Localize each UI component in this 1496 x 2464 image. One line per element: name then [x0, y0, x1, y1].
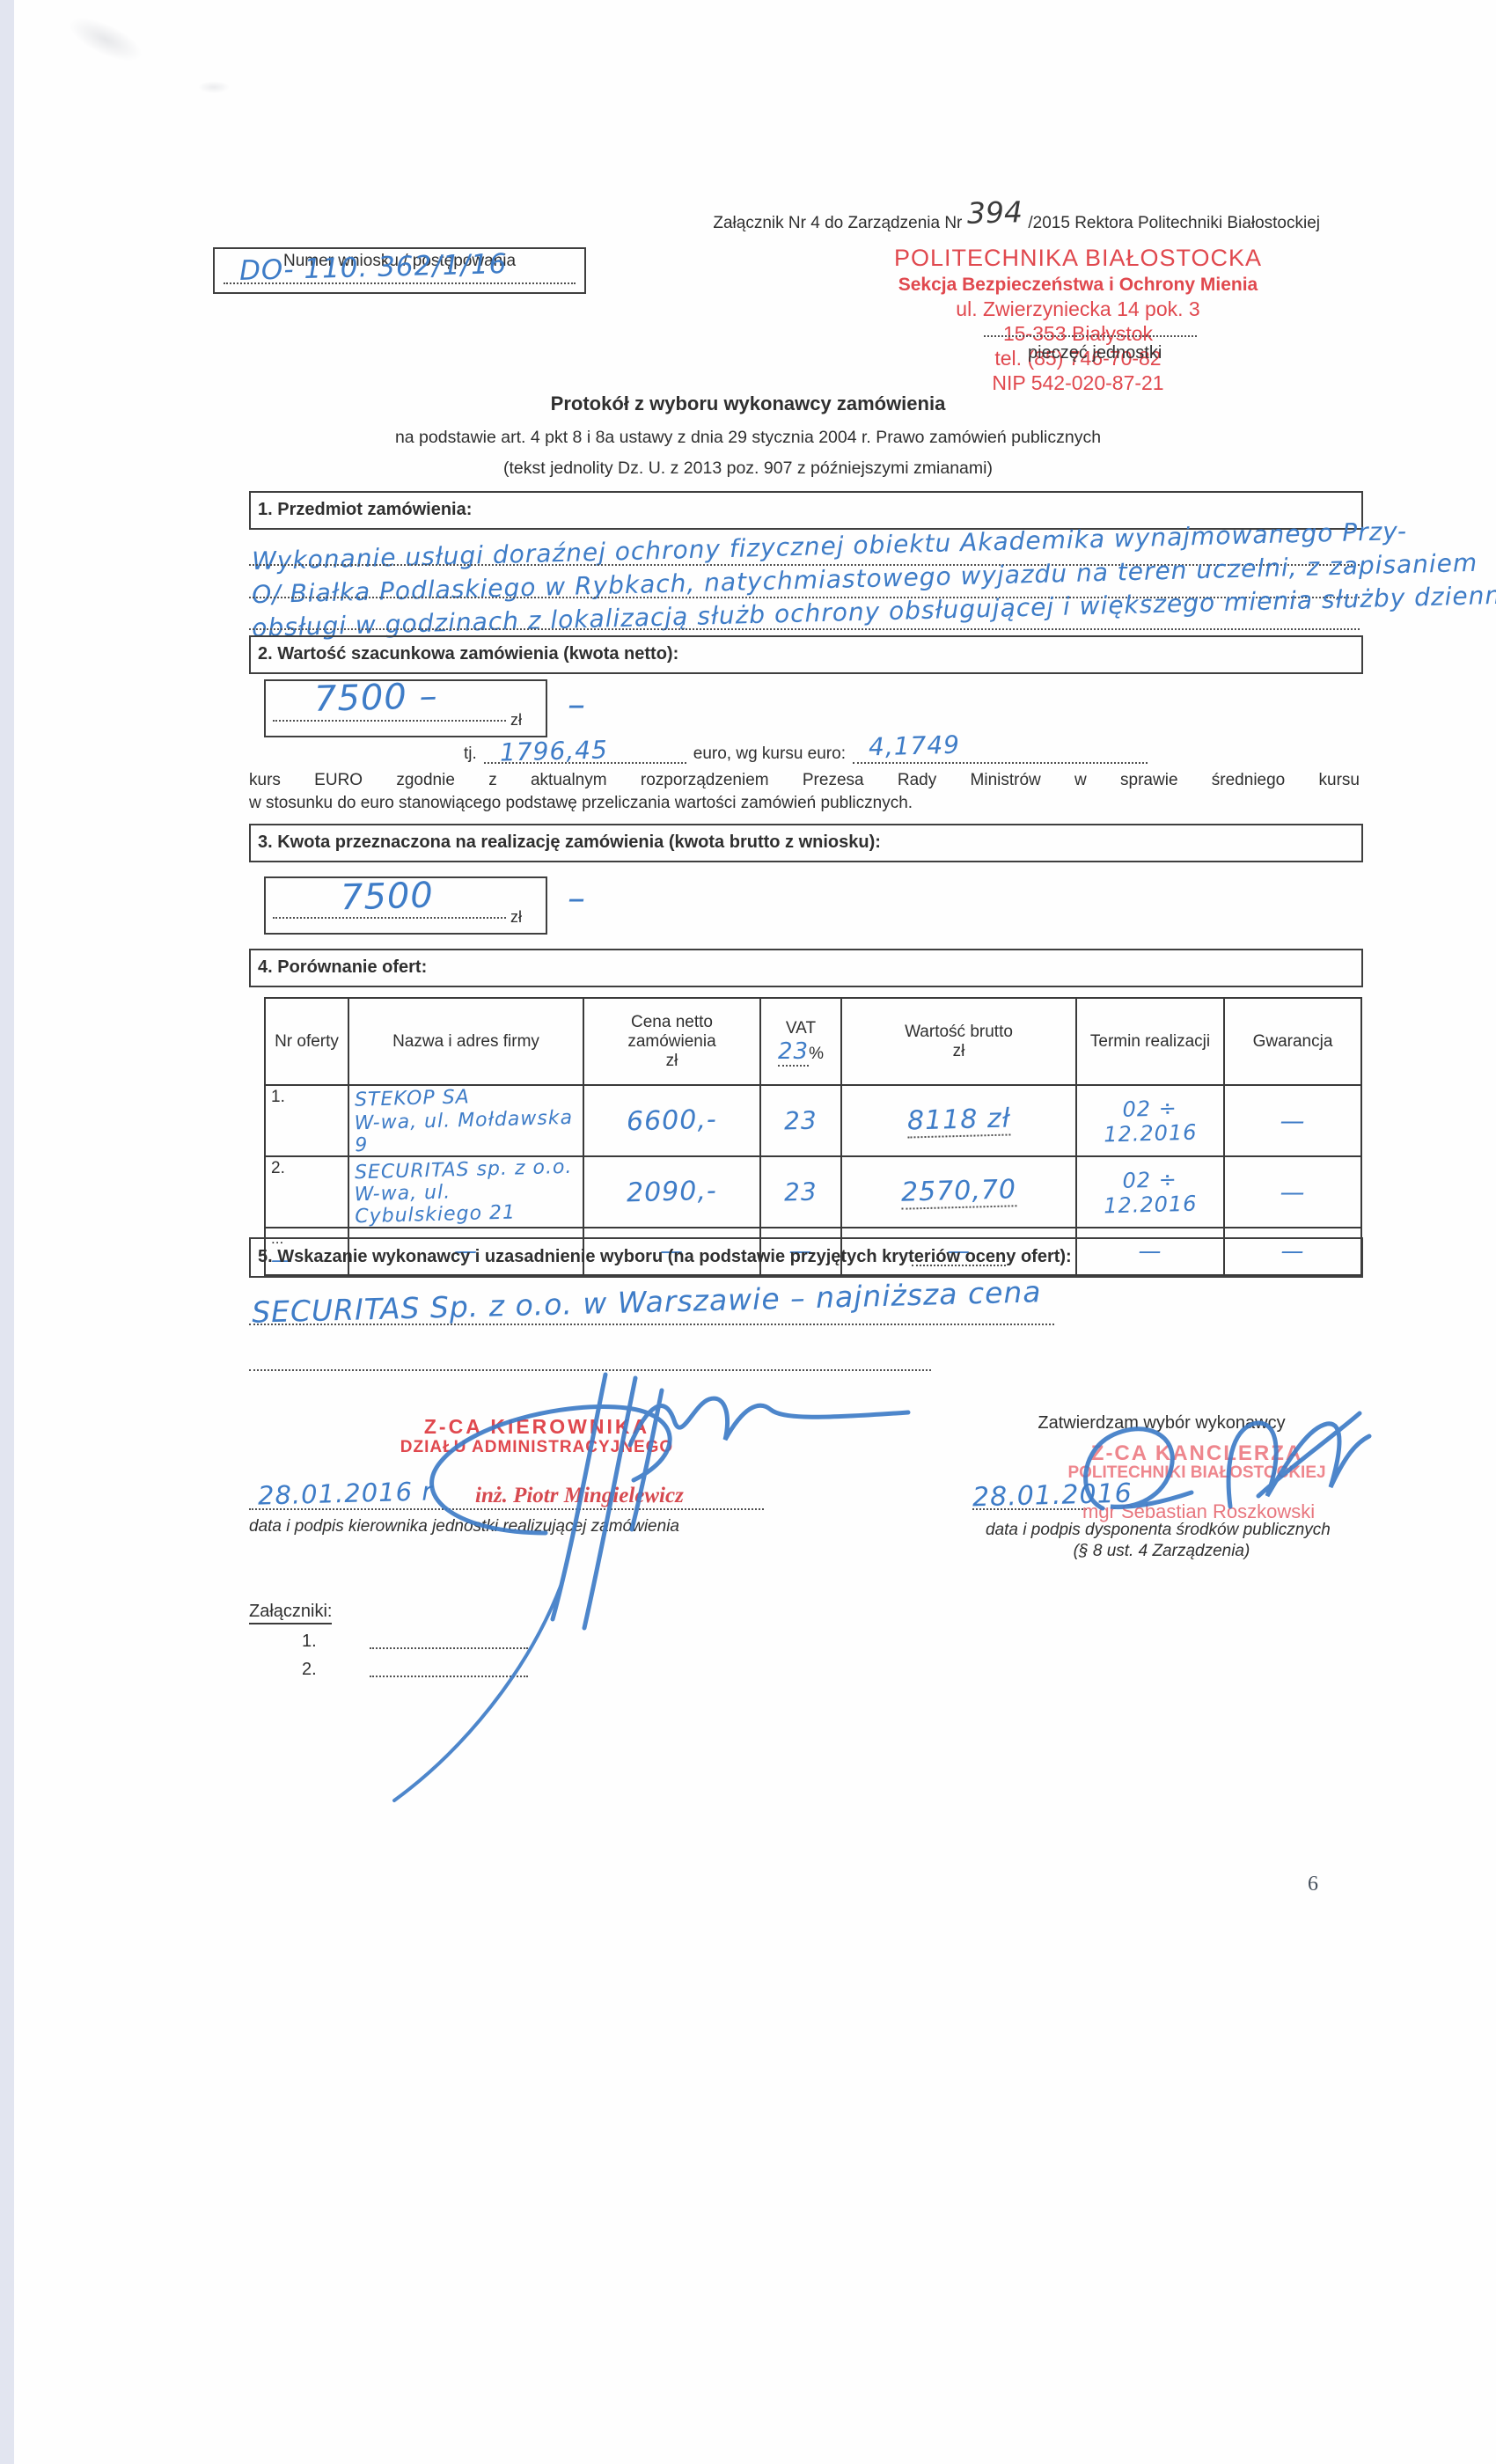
left-stamp-line2: DZIAŁU ADMINISTRACYJNEGO: [396, 1438, 678, 1457]
section1-dotted-line3: [249, 628, 1360, 630]
section2-heading-box: 2. Wartość szacunkowa zamówienia (kwota …: [249, 635, 1363, 674]
header-vat-handwritten: 23: [778, 1038, 809, 1067]
section2-currency-label: zł: [510, 711, 522, 730]
pencil-smudge: [198, 81, 230, 93]
right-signature-dotted-line: [972, 1508, 1087, 1510]
attachment-item-1-dotted: [370, 1647, 528, 1649]
page-number: 6: [1308, 1873, 1318, 1896]
left-name-stamp: inż. Piotr Mingielewicz: [475, 1484, 684, 1508]
attachment-item-1: 1.: [302, 1632, 317, 1652]
section1-heading: 1. Przedmiot zamówienia:: [258, 500, 1361, 520]
scan-edge-strip: [0, 0, 14, 2464]
section4-heading: 4. Porównanie ofert:: [258, 957, 1361, 978]
row2-vat: 23: [760, 1156, 841, 1228]
euro-note-line1: kurs EURO zgodnie z aktualnym rozporządz…: [249, 771, 1360, 790]
section2-amount-handwritten: 7500 –: [313, 676, 438, 720]
offers-table: Nr oferty Nazwa i adres firmy Cena netto…: [264, 997, 1362, 1276]
unit-stamp-line1: POLITECHNIKA BIAŁOSTOCKA: [814, 245, 1342, 272]
section3-heading-box: 3. Kwota przeznaczona na realizację zamó…: [249, 824, 1363, 862]
row2-warranty: —: [1224, 1156, 1361, 1228]
attachment-note: Załącznik Nr 4 do Zarządzenia Nr 394 /20…: [695, 201, 1320, 235]
document-title: Protokół z wyboru wykonawcy zamówienia: [0, 392, 1496, 415]
request-number-box: Numer wniosku / postępowania DO- 110. 36…: [213, 247, 586, 294]
row2-term: 02 ÷ 12.2016: [1076, 1156, 1224, 1228]
attachment-number-handwritten: 394: [967, 194, 1023, 231]
euro-value-handwritten: 1796,45: [499, 735, 608, 766]
row1-nr: 1.: [265, 1085, 348, 1156]
section5-handwriting: SECURITAS Sp. z o.o. w Warszawie – najni…: [252, 1274, 1042, 1329]
section3-amount-box: zł 7500: [264, 876, 547, 935]
row1-gross: 8118 zł: [841, 1085, 1076, 1156]
attachment-item-2: 2.: [302, 1660, 317, 1680]
section3-amount-handwritten: 7500: [340, 876, 434, 919]
unit-stamp-line2: Sekcja Bezpieczeństwa i Ochrony Mienia: [814, 275, 1342, 296]
section5-heading: 5. Wskazanie wykonawcy i uzasadnienie wy…: [258, 1247, 1361, 1267]
section2-amount-box: zł 7500 –: [264, 679, 547, 737]
euro-rate-dotted: 4,1749: [853, 746, 1148, 764]
euro-rate-handwritten: 4,1749: [869, 730, 961, 762]
unit-stamp-line6: NIP 542-020-87-21: [814, 371, 1342, 395]
attachments-heading: Załączniki:: [249, 1602, 332, 1624]
unit-stamp-line3: ul. Zwierzyniecka 14 pok. 3: [814, 297, 1342, 321]
unit-stamp: POLITECHNIKA BIAŁOSTOCKA Sekcja Bezpiecz…: [814, 245, 1342, 395]
section3-currency-label: zł: [510, 908, 522, 927]
consolidated-text: (tekst jednolity Dz. U. z 2013 poz. 907 …: [0, 458, 1496, 479]
row1-vat: 23: [760, 1085, 841, 1156]
header-nr: Nr oferty: [265, 998, 348, 1085]
row2-nr: 2.: [265, 1156, 348, 1228]
pencil-smudge: [63, 10, 148, 70]
section3-dash-handwritten: –: [568, 878, 586, 919]
offer-row-2: 2. SECURITAS sp. z o.o. W-wa, ul. Cybuls…: [265, 1156, 1361, 1228]
euro-note-line2: w stosunku do euro stanowiącego podstawę…: [249, 794, 1360, 813]
row1-warranty: —: [1224, 1085, 1361, 1156]
row1-term: 02 ÷ 12.2016: [1076, 1085, 1224, 1156]
header-firm: Nazwa i adres firmy: [348, 998, 583, 1085]
section3-heading: 3. Kwota przeznaczona na realizację zamó…: [258, 832, 1361, 853]
section5-heading-box: 5. Wskazanie wykonawcy i uzasadnienie wy…: [249, 1237, 1363, 1278]
unit-stamp-line4: 15-353 Białystok: [814, 322, 1342, 346]
section5-dotted-line1: [249, 1324, 1054, 1325]
right-stamp-line1: Z-CA KANCLERZA: [1047, 1441, 1346, 1466]
euro-value-dotted: 1796,45: [484, 746, 686, 764]
attachment-note-prefix: Załącznik Nr 4 do Zarządzenia Nr: [713, 214, 962, 233]
stamp-caption-dotted-line: [984, 335, 1197, 337]
section2-dash-handwritten: –: [568, 685, 586, 725]
tj-label: tj.: [464, 744, 477, 764]
offers-header-row: Nr oferty Nazwa i adres firmy Cena netto…: [265, 998, 1361, 1085]
euro-rate-label: euro, wg kursu euro:: [693, 744, 846, 764]
left-signature-caption: data i podpis kierownika jednostki reali…: [249, 1517, 679, 1536]
section2-amount-dotted-line: [273, 720, 506, 722]
section2-heading: 2. Wartość szacunkowa zamówienia (kwota …: [258, 644, 1361, 664]
offer-row-1: 1. STEKOP SA W-wa, ul. Mołdawska 9 6600,…: [265, 1085, 1361, 1156]
header-net: Cena netto zamówieniazł: [583, 998, 760, 1085]
section3-amount-dotted-line: [273, 917, 506, 919]
attachment-item-2-dotted: [370, 1676, 528, 1677]
row2-gross: 2570,70: [841, 1156, 1076, 1228]
row1-net: 6600,-: [583, 1085, 760, 1156]
scanned-document-page: Załącznik Nr 4 do Zarządzenia Nr 394 /20…: [0, 0, 1496, 2464]
right-signature-caption1: data i podpis dysponenta środków publicz…: [986, 1521, 1331, 1540]
legal-basis: na podstawie art. 4 pkt 8 i 8a ustawy z …: [0, 428, 1496, 448]
section4-heading-box: 4. Porównanie ofert:: [249, 949, 1363, 987]
row2-firm: SECURITAS sp. z o.o. W-wa, ul. Cybulskie…: [348, 1156, 583, 1228]
approve-label: Zatwierdzam wybór wykonawcy: [990, 1413, 1333, 1434]
row1-firm: STEKOP SA W-wa, ul. Mołdawska 9: [348, 1085, 583, 1156]
header-gross: Wartość bruttozł: [841, 998, 1076, 1085]
attachment-note-suffix: /2015 Rektora Politechniki Białostockiej: [1028, 214, 1320, 233]
euro-conversion-line: tj. 1796,45 euro, wg kursu euro: 4,1749: [464, 744, 1148, 764]
left-signature-dotted-line: [249, 1508, 764, 1510]
left-stamp-line1: Z-CA KIEROWNIKA: [396, 1415, 678, 1439]
row2-net: 2090,-: [583, 1156, 760, 1228]
left-date-handwritten: 28.01.2016 r: [258, 1476, 434, 1510]
right-signature-caption2: (§ 8 ust. 4 Zarządzenia): [986, 1542, 1338, 1561]
header-vat: VAT 23%: [760, 998, 841, 1085]
header-term: Termin realizacji: [1076, 998, 1224, 1085]
stamp-caption: pieczęć jednostki: [1028, 343, 1162, 363]
request-number-value-handwritten: DO- 110. 362/1/16: [239, 248, 508, 287]
header-warranty: Gwarancja: [1224, 998, 1361, 1085]
section5-dotted-line2: [249, 1369, 931, 1371]
